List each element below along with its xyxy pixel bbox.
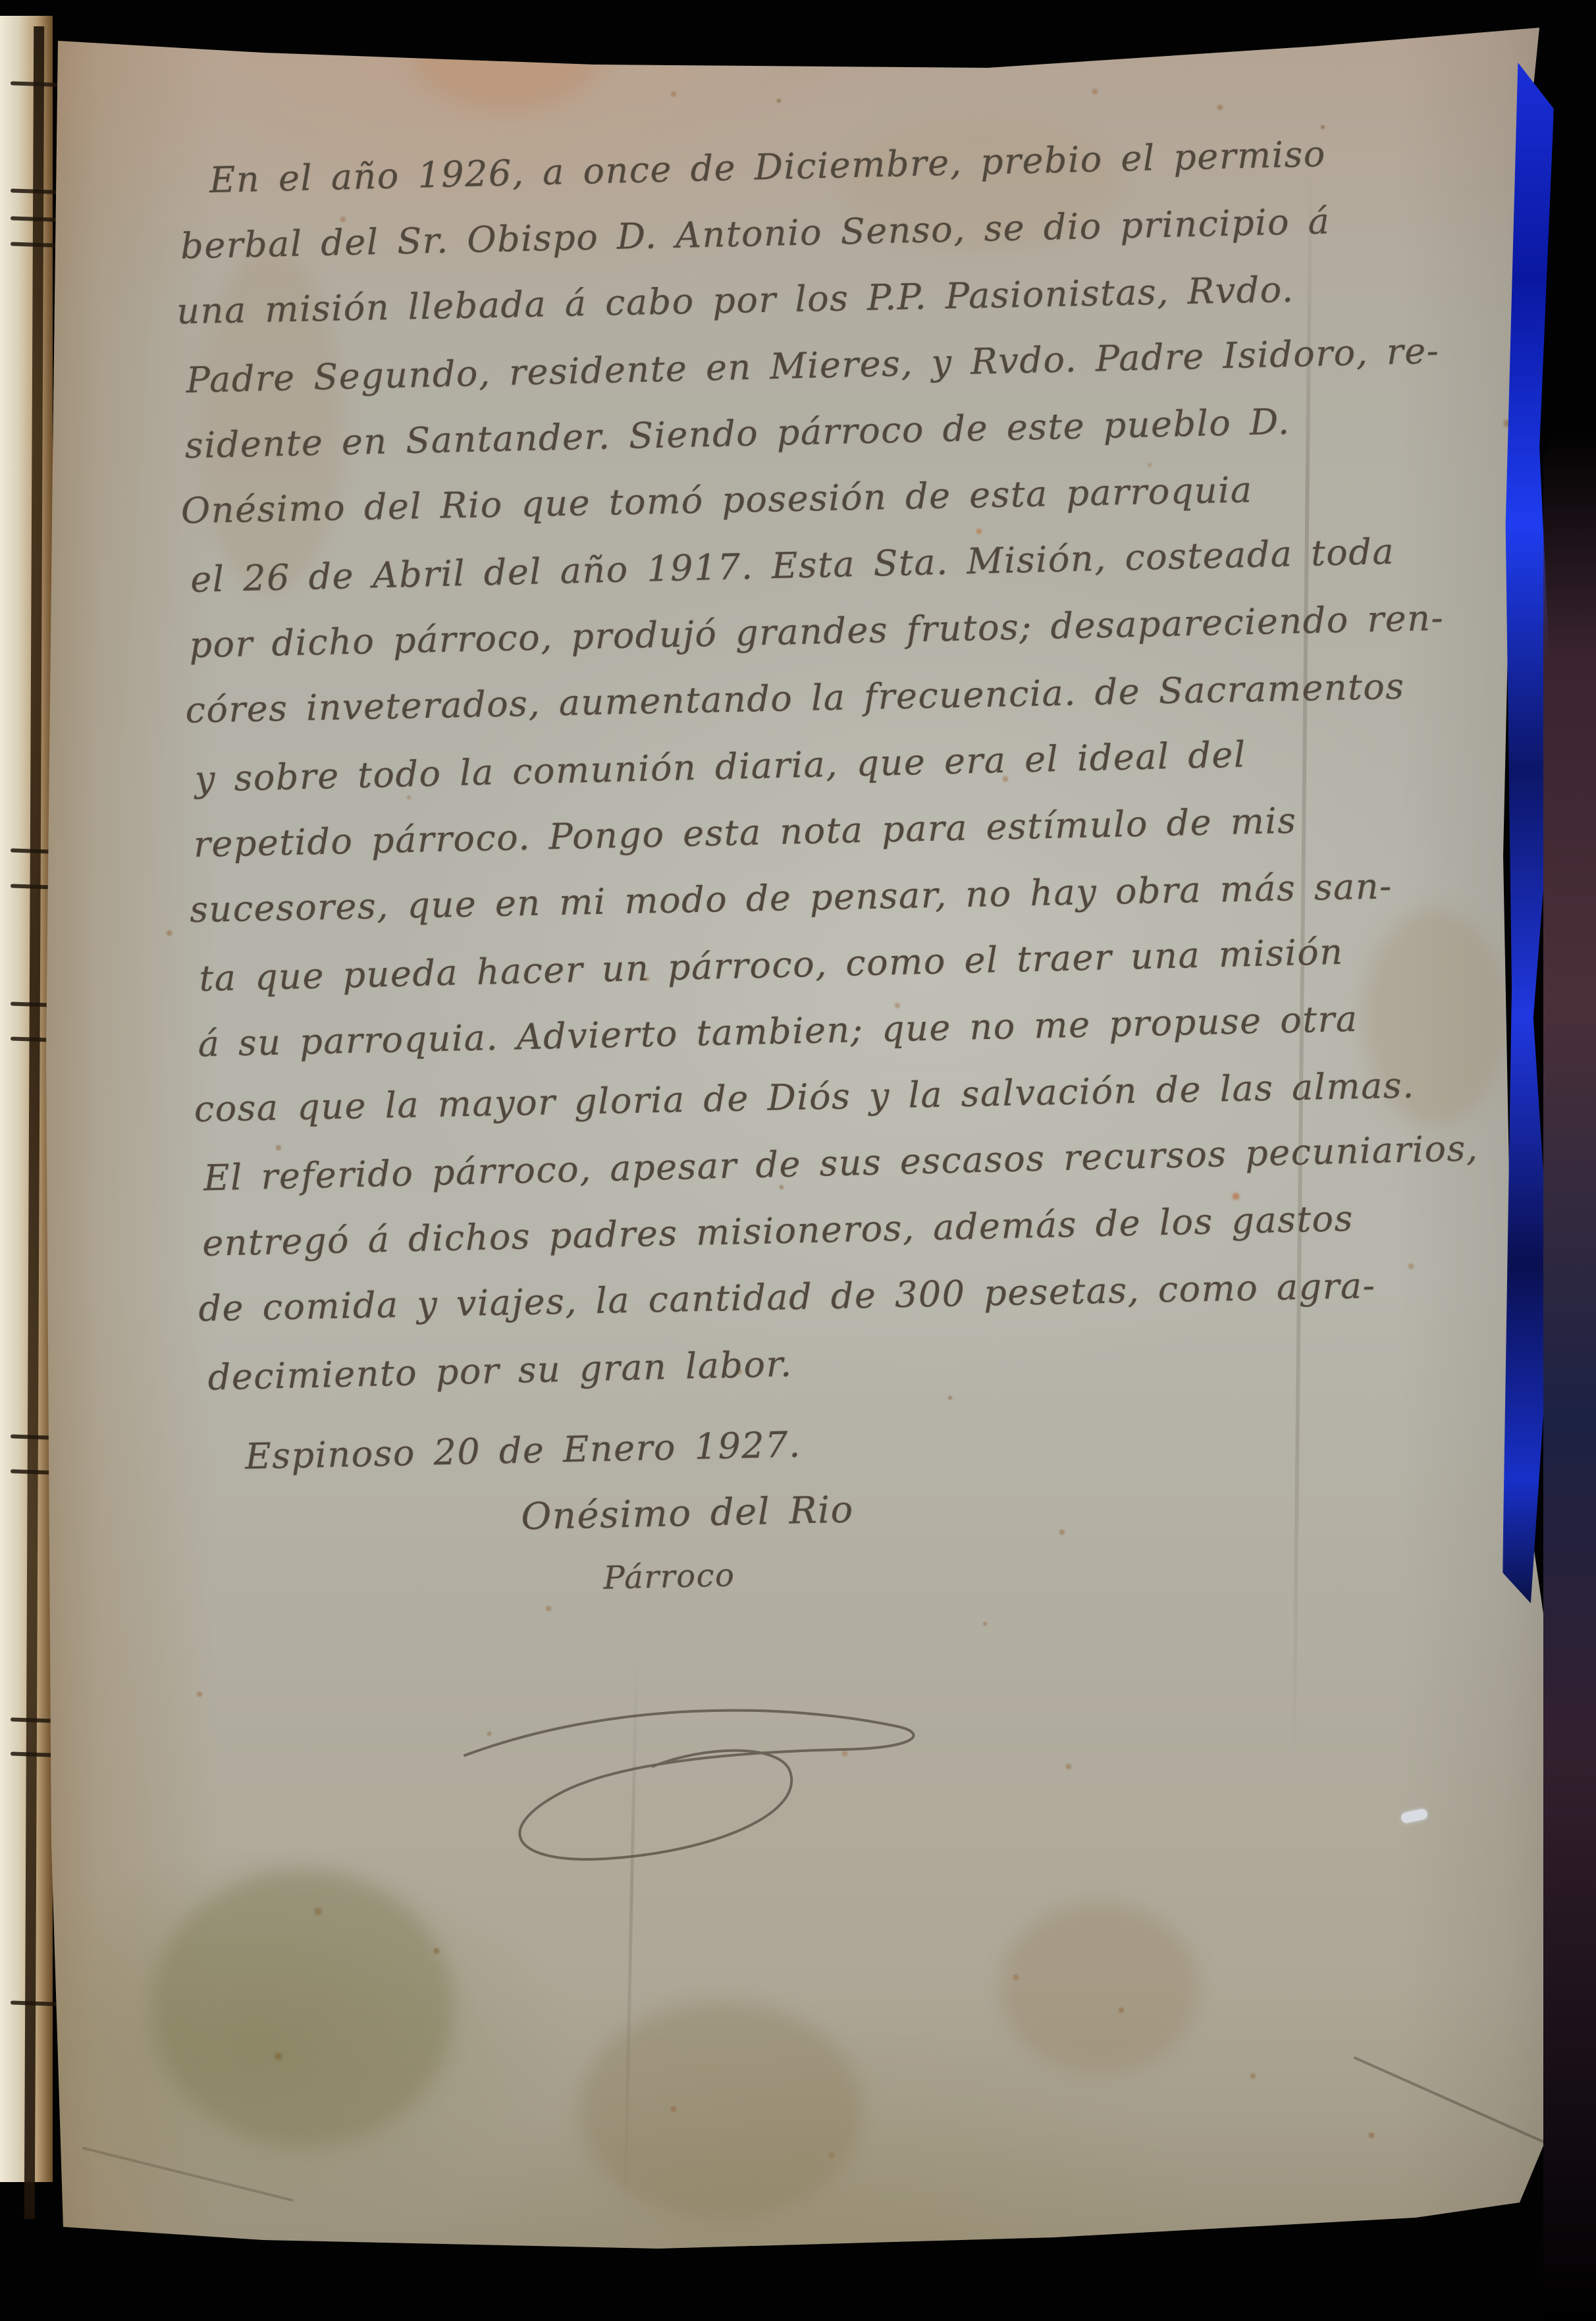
paper-stain <box>579 2002 863 2219</box>
paper-crease <box>82 2147 293 2202</box>
book-cover-dark-edge <box>1543 435 1596 2321</box>
paper-stain <box>408 0 606 112</box>
paper-stain <box>151 1870 454 2147</box>
photograph-of-manuscript-page: En el año 1926, a once de Diciembre, pre… <box>0 0 1596 2321</box>
paper-fleck <box>1400 1808 1428 1824</box>
manuscript-body: En el año 1926, a once de Diciembre, pre… <box>178 117 1542 1410</box>
paper-stain <box>1001 1903 1198 2074</box>
foxing-speckles <box>0 0 1 1</box>
handwritten-entry: En el año 1926, a once de Diciembre, pre… <box>178 117 1547 1613</box>
manuscript-page: En el año 1926, a once de Diciembre, pre… <box>0 0 1596 2321</box>
signature-rubric <box>416 1676 961 1898</box>
